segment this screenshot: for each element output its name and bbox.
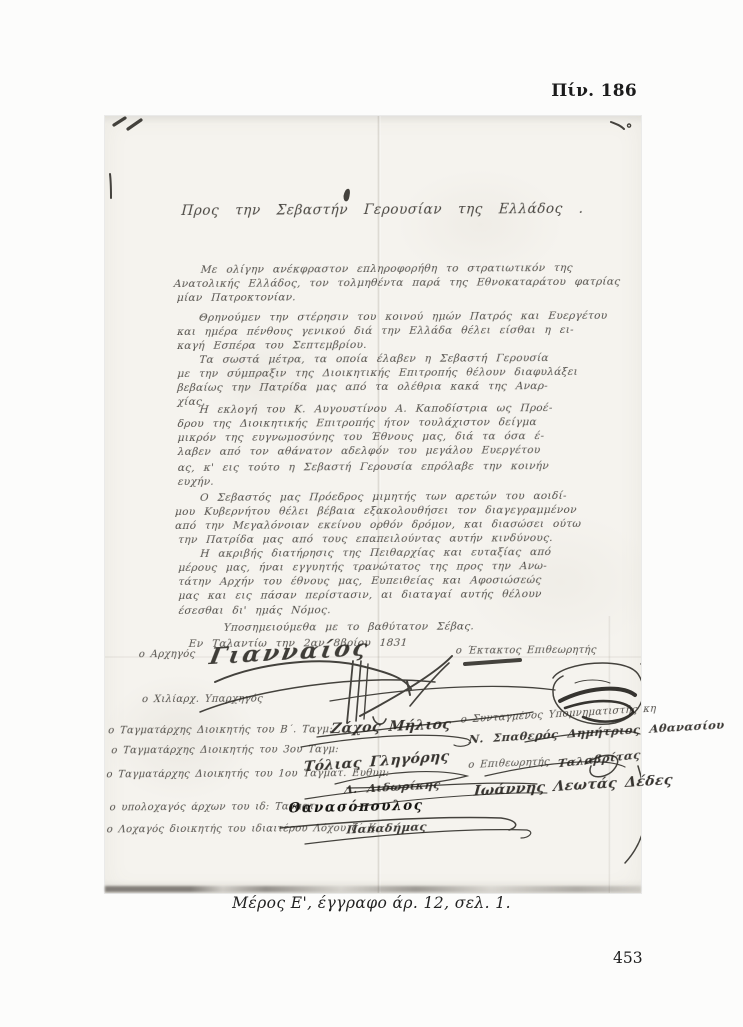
body-line: λαβεν από τον αθάνατον αδελφόν του μεγάλ… xyxy=(177,444,541,458)
signature-name-inspector-2: Ταλαβρίτας xyxy=(557,747,641,770)
body-line: από την Μεγαλόνοιαν εκείνου ορθόν δρόμον… xyxy=(175,518,582,532)
body-line: την Πατρίδα μας από τους επαπειλούντας α… xyxy=(178,532,554,546)
body-line: ευχήν. xyxy=(177,476,214,488)
plate-label: Πίν. 186 xyxy=(0,81,637,101)
body-line: μου Κυβερνήτου θέλει βέβαια εξακολουθήσε… xyxy=(175,504,578,518)
signature-label-inspector: ο Έκτακτος Επιθεωρητής xyxy=(455,645,597,657)
body-line: έσεσθαι δι' ημάς Νόμος. xyxy=(178,604,331,617)
signature-label-deputy: ο Χιλίαρχ. Υπαρχηγός xyxy=(142,694,264,706)
body-line: καγή Εσπέρα του Σεπτεμβρίου. xyxy=(177,339,368,352)
signature-name-1st-battalion: Δ. Λιδωρίκης xyxy=(344,777,442,797)
signature-label-chief: ο Αρχηγός xyxy=(138,649,195,660)
figure-caption: Μέρος Ε', έγγραφο άρ. 12, σελ. 1. xyxy=(0,894,743,912)
body-line: βεβαίως την Πατρίδα μας από τα ολέθρια κ… xyxy=(177,380,548,394)
body-line: Θρηνούμεν την στέρησιν του κοινού ημών Π… xyxy=(199,310,608,324)
signature-label-2nd-battalion: ο Ταγματάρχης Διοικητής του Β΄. Ταγμ: xyxy=(108,724,333,736)
document-heading: Προς την Σεβαστήν Γερουσίαν της Ελλάδος … xyxy=(181,201,584,219)
signature-name-14th-battalion: Θανασόπουλος xyxy=(288,798,423,817)
signature-label-inspector-2: ο Επιθεωρητής xyxy=(468,757,550,771)
body-line: Τα σωστά μέτρα, τα οποία έλαβεν η Σεβαστ… xyxy=(199,352,549,366)
page-number: 453 xyxy=(613,949,643,967)
signature-name-2nd-battalion: Ζάχος Μήλιος xyxy=(330,717,452,738)
body-line: δρου της Διοικητικής Επιτροπής ήτον τουλ… xyxy=(177,416,537,430)
scanned-document: Προς την Σεβαστήν Γερουσίαν της Ελλάδος … xyxy=(105,116,641,893)
closing-line: Υποσημειούμεθα με το βαθύτατον Σέβας. xyxy=(223,620,474,633)
body-line: μας και εις πάσαν περίστασιν, αι διαταγα… xyxy=(178,588,542,602)
body-line: τάτην Αρχήν του έθνους μας, Ευπειθείας κ… xyxy=(178,574,542,588)
signature-label-3rd-battalion: ο Ταγματάρχης Διοικητής του 3ου Ταγμ: xyxy=(111,744,339,756)
signature-label-14th-battalion: ο υπολοχαγός άρχων του ιδ: Ταγματ. xyxy=(109,801,319,813)
signature-label-special-company: ο Λοχαγός διοικητής του ιδιαιτέρου Λόχου… xyxy=(106,823,380,835)
body-line: μικρόν της ευγνωμοσύνης του Έθνους μας, … xyxy=(177,430,544,444)
body-line: και ημέρα πένθους γενικού διά την Ελλάδα… xyxy=(177,324,575,338)
body-line: με την σύμπραξιν της Διοικητικής Επιτροπ… xyxy=(177,366,578,380)
signature-name-dedes: Ιωάννης Λεωτάς Δέδες xyxy=(473,772,673,799)
body-line: μέρους μας, ήναι εγγυητής τρανώτατος της… xyxy=(178,560,547,574)
body-line: Με ολίγην ανέκφραστον επληροφορήθη το στ… xyxy=(200,262,573,276)
signature-label-1st-battalion: ο Ταγματάρχης Διοικητής του 1ου Ταγματ. … xyxy=(106,768,390,780)
body-line: Ο Σεβαστός μας Πρόεδρος μιμητής των αρετ… xyxy=(200,490,568,504)
handwriting-layer: Προς την Σεβαστήν Γερουσίαν της Ελλάδος … xyxy=(103,115,643,895)
body-line: Η ακριβής διατήρησις της Πειθαρχίας και … xyxy=(200,546,552,560)
body-line: Ανατολικής Ελλάδος, τον τολμηθέντα παρά … xyxy=(173,276,620,290)
body-line: Η εκλογή του Κ. Αυγουστίνου Α. Καποδίστρ… xyxy=(199,402,553,416)
signature-name-special-company: Παπαδήμας xyxy=(346,819,428,836)
body-line: ας, κ' εις τούτο η Σεβαστή Γερουσία επρό… xyxy=(177,460,549,474)
body-line: μίαν Πατροκτονίαν. xyxy=(177,291,297,304)
